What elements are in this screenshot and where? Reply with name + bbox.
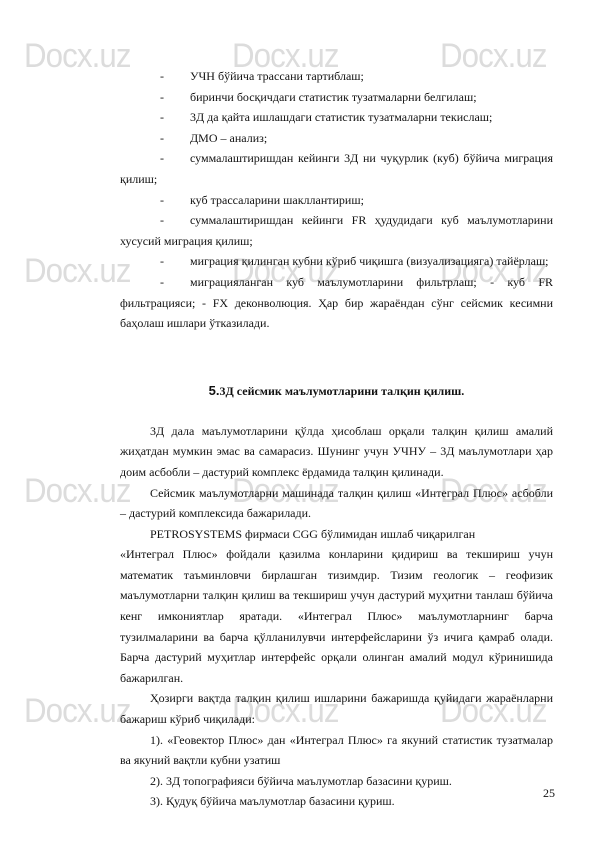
- dash-marker: -: [160, 87, 164, 108]
- list-item-text: биринчи босқичдаги статистик тузатмаларн…: [190, 90, 477, 104]
- numbered-item: 3). Қудуқ бўйича маълумотлар базасини қу…: [120, 791, 553, 812]
- list-item-text: миграцияланган куб маълумотларини фильтр…: [120, 275, 553, 330]
- dash-marker: -: [160, 251, 164, 272]
- dash-marker: -: [160, 128, 164, 149]
- watermark: Docx.uz: [24, 254, 131, 288]
- watermark: Docx.uz: [24, 694, 131, 728]
- list-item: -миграцияланган куб маълумотларини фильт…: [120, 272, 553, 334]
- section-heading: 5.3Д сейсмик маълумотларини талқин қилиш…: [120, 381, 553, 421]
- list-item: -суммалаштиришдан кейинги FR ҳудудидаги …: [120, 210, 553, 251]
- section-title: 3Д сейсмик маълумотларини талқин қилиш.: [220, 384, 465, 398]
- list-item: -миграция қилинган кубни кўриб чиқишга (…: [120, 251, 553, 272]
- paragraph: 3Д дала маълумотларини қўлда ҳисоблаш ор…: [120, 421, 553, 483]
- list-item-text: суммалаштиришдан кейинги FR ҳудудидаги к…: [120, 213, 553, 248]
- list-item: -биринчи босқичдаги статистик тузатмалар…: [120, 87, 553, 108]
- paragraph: PETROSYSTEMS фирмаси CGG бўлимидан ишлаб…: [120, 524, 553, 545]
- page-number: 25: [543, 785, 555, 801]
- dash-marker: -: [160, 272, 164, 293]
- dash-marker: -: [160, 66, 164, 87]
- list-item-text: миграция қилинган кубни кўриб чиқишга (в…: [190, 254, 549, 268]
- list-item-text: суммалаштиришдан кейинги 3Д ни чуқурлик …: [120, 151, 553, 186]
- list-item-text: 3Д да қайта ишлашдаги статистик тузатмал…: [190, 110, 492, 124]
- document-body: -УЧН бўйича трассани тартиблаш; -биринчи…: [120, 66, 553, 812]
- dash-marker: -: [160, 107, 164, 128]
- dash-marker: -: [160, 190, 164, 211]
- paragraph: «Интеграл Плюс» фойдали қазилма конларин…: [120, 544, 553, 688]
- numbered-item: 2). 3Д топографияси бўйича маълумотлар б…: [120, 771, 553, 792]
- list-item: -УЧН бўйича трассани тартиблаш;: [120, 66, 553, 87]
- watermark: Docx.uz: [24, 474, 131, 508]
- section-body: 3Д дала маълумотларини қўлда ҳисоблаш ор…: [120, 421, 553, 812]
- list-item: -суммалаштиришдан кейинги 3Д ни чуқурлик…: [120, 148, 553, 189]
- paragraph: Ҳозирги вақтда талқин қилиш ишларини баж…: [120, 688, 553, 729]
- dash-marker: -: [160, 210, 164, 231]
- list-item: -3Д да қайта ишлашдаги статистик тузатма…: [120, 107, 553, 128]
- list-item: -куб трассаларини шакллантириш;: [120, 190, 553, 211]
- dash-marker: -: [160, 148, 164, 169]
- numbered-item: 1). «Геовектор Плюс» дан «Интеграл Плюс»…: [120, 730, 553, 771]
- paragraph: Сейсмик маълумотларни машинада талқин қи…: [120, 483, 553, 524]
- section-number: 5.: [209, 383, 220, 398]
- watermark: Docx.uz: [24, 39, 131, 73]
- list-item-text: ДМО – анализ;: [190, 131, 267, 145]
- list-item-text: УЧН бўйича трассани тартиблаш;: [190, 69, 364, 83]
- list-item: -ДМО – анализ;: [120, 128, 553, 149]
- list-item-text: куб трассаларини шакллантириш;: [190, 193, 364, 207]
- bullet-list: -УЧН бўйича трассани тартиблаш; -биринчи…: [120, 66, 553, 334]
